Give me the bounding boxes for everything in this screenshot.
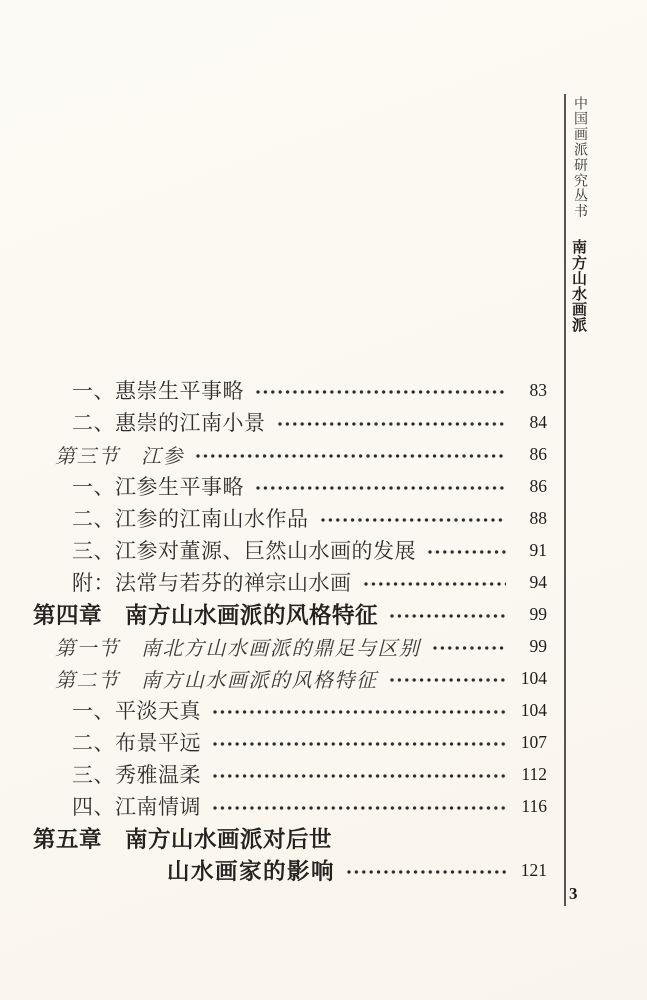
dot-leader xyxy=(255,485,506,491)
toc-entry-page: 84 xyxy=(515,412,547,433)
table-of-contents: 一、惠崇生平事略 83 二、惠崇的江南小景 84 第三节 江参 86 一、江参生… xyxy=(33,374,547,886)
toc-entry-page: 107 xyxy=(515,732,547,753)
toc-entry-page: 104 xyxy=(515,668,547,689)
dot-leader xyxy=(320,517,507,523)
toc-entry-text: 第四章 南方山水画派的风格特征 xyxy=(33,598,378,630)
toc-entry-page: 83 xyxy=(515,380,547,401)
toc-entry-page: 86 xyxy=(515,476,547,497)
toc-entry-text: 一、平淡天真 xyxy=(72,695,201,725)
dot-leader xyxy=(212,741,506,747)
toc-entry-page: 99 xyxy=(515,636,547,657)
toc-entry-page: 112 xyxy=(515,764,547,785)
toc-entry-text: 一、惠崇生平事略 xyxy=(72,375,244,405)
toc-entry-text: 三、江参对董源、巨然山水画的发展 xyxy=(72,535,416,565)
toc-entry: 四、江南情调 116 xyxy=(33,790,547,822)
toc-entry-text: 三、秀雅温柔 xyxy=(72,759,201,789)
toc-entry: 一、平淡天真 104 xyxy=(33,694,547,726)
toc-entry-text: 一、江参生平事略 xyxy=(72,471,244,501)
toc-entry: 三、秀雅温柔 112 xyxy=(33,758,547,790)
dot-leader xyxy=(363,581,507,587)
toc-entry-text: 山水画家的影响 xyxy=(167,854,335,886)
dot-leader xyxy=(212,709,506,715)
toc-entry-chapter-continuation: 山水画家的影响 121 xyxy=(33,854,547,886)
toc-entry-text: 第一节 南北方山水画派的鼎足与区别 xyxy=(55,632,421,661)
dot-leader xyxy=(277,421,507,427)
toc-entry-page: 116 xyxy=(515,796,547,817)
dot-leader xyxy=(212,773,506,779)
toc-entry: 二、惠崇的江南小景 84 xyxy=(33,406,547,438)
toc-entry-page: 86 xyxy=(515,444,547,465)
toc-entry: 一、惠崇生平事略 83 xyxy=(33,374,547,406)
page-number: 3 xyxy=(569,884,578,904)
dot-leader xyxy=(346,869,506,875)
dot-leader xyxy=(212,805,506,811)
toc-entry: 附：法常与若芬的禅宗山水画 94 xyxy=(33,566,547,598)
toc-entry-chapter: 第四章 南方山水画派的风格特征 99 xyxy=(33,598,547,630)
toc-entry: 第二节 南方山水画派的风格特征 104 xyxy=(33,662,547,694)
toc-entry: 第一节 南北方山水画派的鼎足与区别 99 xyxy=(33,630,547,662)
dot-leader xyxy=(432,645,507,651)
toc-entry-text: 二、惠崇的江南小景 xyxy=(72,407,266,437)
dot-leader xyxy=(427,549,506,555)
toc-entry: 二、布景平远 107 xyxy=(33,726,547,758)
series-title: 中国画派研究丛书 xyxy=(569,96,589,219)
dot-leader xyxy=(255,389,506,395)
toc-entry-chapter: 第五章 南方山水画派对后世 xyxy=(33,822,547,854)
toc-entry-text: 第五章 南方山水画派对后世 xyxy=(33,822,332,854)
margin-rule xyxy=(564,94,566,906)
book-page: 一、惠崇生平事略 83 二、惠崇的江南小景 84 第三节 江参 86 一、江参生… xyxy=(0,0,647,1000)
toc-entry-page: 121 xyxy=(515,860,547,881)
toc-entry-text: 二、江参的江南山水作品 xyxy=(72,503,309,533)
toc-entry: 一、江参生平事略 86 xyxy=(33,470,547,502)
book-title: 南方山水画派 xyxy=(568,239,589,333)
toc-entry: 三、江参对董源、巨然山水画的发展 91 xyxy=(33,534,547,566)
dot-leader xyxy=(389,613,506,619)
dot-leader xyxy=(195,453,506,459)
toc-entry-page: 91 xyxy=(515,540,547,561)
toc-entry-text: 第三节 江参 xyxy=(55,440,184,469)
toc-entry-page: 99 xyxy=(515,604,547,625)
toc-entry-page: 88 xyxy=(515,508,547,529)
toc-entry-text: 第二节 南方山水画派的风格特征 xyxy=(55,664,378,693)
toc-entry-text: 附：法常与若芬的禅宗山水画 xyxy=(72,567,352,597)
toc-entry-page: 94 xyxy=(515,572,547,593)
toc-entry: 二、江参的江南山水作品 88 xyxy=(33,502,547,534)
toc-entry-page: 104 xyxy=(515,700,547,721)
toc-entry: 第三节 江参 86 xyxy=(33,438,547,470)
dot-leader xyxy=(389,677,507,683)
toc-entry-text: 四、江南情调 xyxy=(72,791,201,821)
toc-entry-text: 二、布景平远 xyxy=(72,727,201,757)
